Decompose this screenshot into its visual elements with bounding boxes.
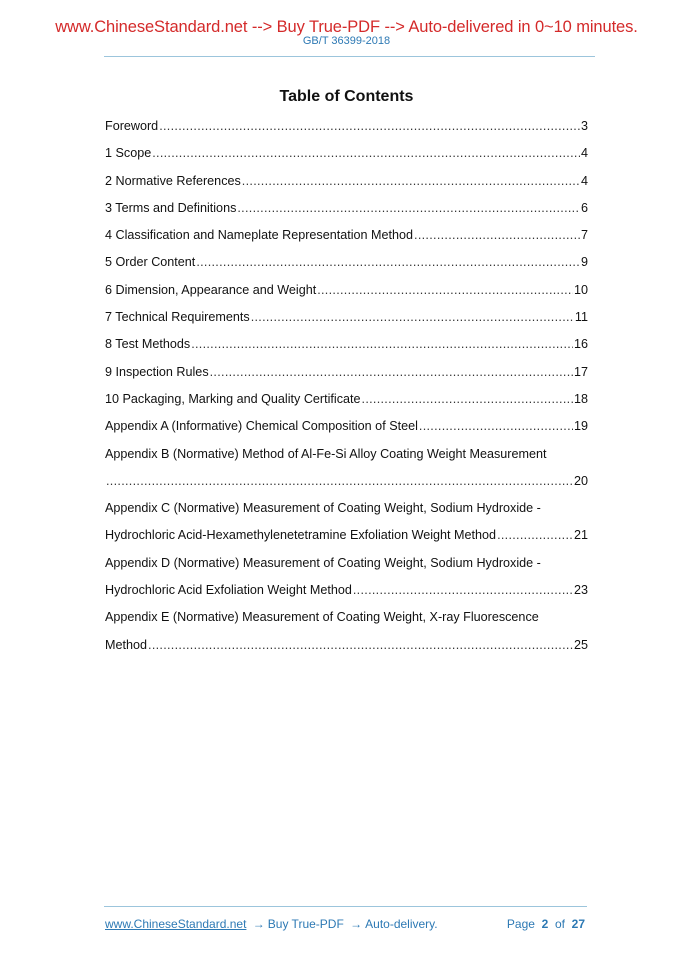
toc-entry-continuation[interactable]: Hydrochloric Acid-Hexamethylenetetramine… bbox=[105, 528, 588, 555]
toc-entry[interactable]: Foreword3 bbox=[105, 119, 588, 146]
toc-entry-page: 19 bbox=[574, 419, 588, 433]
arrow-right-icon: → bbox=[350, 917, 362, 931]
toc-entry-continuation[interactable]: Method25 bbox=[105, 638, 588, 665]
dot-leader bbox=[317, 283, 573, 297]
toc-entry[interactable]: 8 Test Methods16 bbox=[105, 337, 588, 364]
toc-entry[interactable]: 6 Dimension, Appearance and Weight10 bbox=[105, 283, 588, 310]
toc-entry-page: 20 bbox=[574, 474, 588, 488]
toc-entry-label: 6 Dimension, Appearance and Weight bbox=[105, 283, 316, 297]
toc-entry[interactable]: Appendix D (Normative) Measurement of Co… bbox=[105, 556, 588, 583]
toc-entry[interactable]: Appendix A (Informative) Chemical Compos… bbox=[105, 419, 588, 446]
table-of-contents: Foreword31 Scope42 Normative References … bbox=[105, 119, 588, 665]
toc-entry-page: 11 bbox=[575, 310, 588, 324]
toc-entry[interactable]: 5 Order Content 9 bbox=[105, 255, 588, 282]
toc-entry-label: Appendix E (Normative) Measurement of Co… bbox=[105, 610, 539, 624]
dot-leader bbox=[362, 392, 573, 406]
toc-entry[interactable]: 7 Technical Requirements11 bbox=[105, 310, 588, 337]
toc-entry-label: Appendix C (Normative) Measurement of Co… bbox=[105, 501, 541, 515]
toc-entry-label: Method bbox=[105, 638, 147, 652]
toc-entry[interactable]: Appendix C (Normative) Measurement of Co… bbox=[105, 501, 588, 528]
page-label: Page bbox=[507, 917, 535, 931]
dot-leader bbox=[159, 119, 580, 133]
toc-entry-page: 17 bbox=[574, 365, 588, 379]
toc-entry-label: 2 Normative References bbox=[105, 174, 241, 188]
toc-entry-label: 10 Packaging, Marking and Quality Certif… bbox=[105, 392, 361, 406]
dot-leader bbox=[191, 337, 573, 351]
toc-entry-label: 5 Order Content bbox=[105, 255, 195, 269]
footer-left: www.ChineseStandard.net →Buy True-PDF →A… bbox=[105, 917, 438, 931]
toc-entry-label: Appendix A (Informative) Chemical Compos… bbox=[105, 419, 418, 433]
toc-entry-page: 10 bbox=[574, 283, 588, 297]
page-footer: www.ChineseStandard.net →Buy True-PDF →A… bbox=[105, 917, 585, 931]
page-current: 2 bbox=[542, 917, 549, 931]
standard-number: GB/T 36399-2018 bbox=[0, 35, 693, 47]
toc-entry-page: 3 bbox=[581, 119, 588, 133]
dot-leader bbox=[419, 419, 573, 433]
dot-leader bbox=[152, 146, 580, 160]
page-indicator: Page 2 of 27 bbox=[507, 917, 585, 931]
toc-entry[interactable]: 4 Classification and Nameplate Represent… bbox=[105, 228, 588, 255]
toc-entry-label: 8 Test Methods bbox=[105, 337, 190, 351]
toc-entry[interactable]: 9 Inspection Rules 17 bbox=[105, 365, 588, 392]
toc-entry-label: 3 Terms and Definitions bbox=[105, 201, 236, 215]
toc-entry-label: 9 Inspection Rules bbox=[105, 365, 209, 379]
arrow-right-icon: → bbox=[253, 917, 265, 931]
toc-entry-label: Appendix D (Normative) Measurement of Co… bbox=[105, 556, 541, 570]
toc-entry-page: 23 bbox=[574, 583, 588, 597]
page-title: Table of Contents bbox=[0, 88, 693, 106]
toc-entry-label: 4 Classification and Nameplate Represent… bbox=[105, 228, 413, 242]
toc-entry-page: 18 bbox=[574, 392, 588, 406]
dot-leader bbox=[251, 310, 574, 324]
toc-entry-page: 4 bbox=[581, 146, 588, 160]
footer-step-buy: Buy True-PDF bbox=[268, 917, 344, 931]
toc-entry[interactable]: 3 Terms and Definitions 6 bbox=[105, 201, 588, 228]
toc-entry-label: Hydrochloric Acid Exfoliation Weight Met… bbox=[105, 583, 352, 597]
footer-site-link[interactable]: www.ChineseStandard.net bbox=[105, 917, 246, 931]
dot-leader bbox=[414, 228, 580, 242]
toc-entry[interactable]: 1 Scope4 bbox=[105, 146, 588, 173]
footer-rule bbox=[104, 906, 587, 907]
toc-entry[interactable]: 10 Packaging, Marking and Quality Certif… bbox=[105, 392, 588, 419]
toc-entry-page: 6 bbox=[581, 201, 588, 215]
toc-entry-label: Foreword bbox=[105, 119, 158, 133]
dot-leader bbox=[353, 583, 573, 597]
header-rule bbox=[104, 56, 595, 57]
toc-entry-continuation[interactable]: Hydrochloric Acid Exfoliation Weight Met… bbox=[105, 583, 588, 610]
toc-entry-continuation[interactable]: 20 bbox=[105, 474, 588, 501]
toc-entry-label: Appendix B (Normative) Method of Al-Fe-S… bbox=[105, 447, 546, 461]
toc-entry-page: 16 bbox=[574, 337, 588, 351]
page-of-label: of bbox=[555, 917, 565, 931]
dot-leader bbox=[210, 365, 573, 379]
toc-entry-page: 7 bbox=[581, 228, 588, 242]
dot-leader bbox=[242, 174, 580, 188]
toc-entry-label: 1 Scope bbox=[105, 146, 151, 160]
toc-entry[interactable]: Appendix E (Normative) Measurement of Co… bbox=[105, 610, 588, 637]
dot-leader bbox=[148, 638, 573, 652]
toc-entry[interactable]: 2 Normative References 4 bbox=[105, 174, 588, 201]
toc-entry-page: 4 bbox=[581, 174, 588, 188]
toc-entry-label: Hydrochloric Acid-Hexamethylenetetramine… bbox=[105, 528, 496, 542]
footer-step-delivery: Auto-delivery. bbox=[365, 917, 437, 931]
page-total: 27 bbox=[572, 917, 585, 931]
toc-entry[interactable]: Appendix B (Normative) Method of Al-Fe-S… bbox=[105, 447, 588, 474]
dot-leader bbox=[237, 201, 580, 215]
toc-entry-label: 7 Technical Requirements bbox=[105, 310, 250, 324]
toc-entry-page: 21 bbox=[574, 528, 588, 542]
toc-entry-page: 9 bbox=[581, 255, 588, 269]
dot-leader bbox=[196, 255, 580, 269]
dot-leader bbox=[497, 528, 573, 542]
dot-leader bbox=[106, 474, 573, 488]
toc-entry-page: 25 bbox=[574, 638, 588, 652]
